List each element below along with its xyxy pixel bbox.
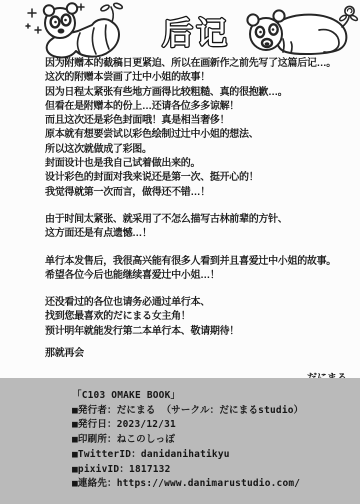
panda-caterpillar-icon xyxy=(20,2,134,60)
afterword-line: 由于时间太紧张、就采用了不怎么描写古林前辈的方针、 xyxy=(45,213,349,227)
colophon-box: 「C103 OMAKE BOOK」 ■発行者：だにまる （サークル：だにまるst… xyxy=(0,378,360,504)
page-title: 后记 xyxy=(150,9,242,55)
afterword-line: 我觉得就第一次而言，做得还不错…！ xyxy=(45,186,349,200)
afterword-line: 单行本发售后，我很高兴能有很多人看到并且喜爱辻中小姐的故事。 xyxy=(45,255,349,269)
afterword-line: 原本就有想要尝试以彩色绘制过辻中小姐的想法、 xyxy=(45,128,349,142)
afterword-body: 因为附赠本的截稿日更紧迫、所以在画新作之前先写了这篇后记…。 这次的附赠本尝画了… xyxy=(45,57,349,384)
afterword-line: 预计明年就能发行第二本单行本、敬请期待！ xyxy=(45,325,349,339)
colophon-entry-contact-url: ■連絡先：https://www.danimarustudio.com/ xyxy=(72,477,360,492)
afterword-page: 后记 xyxy=(0,0,360,504)
afterword-line: 这方面还是有点遗憾…！ xyxy=(45,227,349,241)
page-title-text: 后记 xyxy=(162,16,230,51)
closing-line: 那就再会 xyxy=(45,347,349,361)
colophon-entry-printer: ■印刷所：ねこのしっぽ xyxy=(72,433,360,448)
colophon-entry-publisher: ■発行者：だにまる （サークル：だにまるstudio） xyxy=(72,404,360,419)
afterword-line: 因为日程太紧张有些地方画得比较粗糙、真的很抱歉…。 xyxy=(45,86,349,100)
panda-caterpillar-illustration xyxy=(20,2,134,60)
panda-lying-icon xyxy=(246,5,360,59)
colophon-title: 「C103 OMAKE BOOK」 xyxy=(72,389,360,404)
colophon-entry-pixiv-id: ■pixivID：1817132 xyxy=(72,463,360,478)
afterword-line: 这次的附赠本尝画了辻中小姐的故事！ xyxy=(45,71,349,85)
afterword-line: 因为附赠本的截稿日更紧迫、所以在画新作之前先写了这篇后记…。 xyxy=(45,57,349,71)
afterword-line: 还没看过的各位也请务必通过单行本、 xyxy=(45,296,349,310)
afterword-line: 设计彩色的封面对我来说还是第一次、挺开心的！ xyxy=(45,171,349,185)
afterword-line: 而且这次还是彩色封面哦！真是相当奢侈！ xyxy=(45,114,349,128)
colophon-entry-twitter-id: ■TwitterID：danidanihatikyu xyxy=(72,448,360,463)
afterword-paragraph: 由于时间太紧张、就采用了不怎么描写古林前辈的方针、 这方面还是有点遗憾…！ xyxy=(45,213,349,242)
page-title-bubble-text: 后记 xyxy=(150,9,242,55)
afterword-line: 希望各位今后也能继续喜爱辻中小姐…！ xyxy=(45,269,349,283)
panda-lying-illustration xyxy=(246,5,360,59)
afterword-paragraph: 那就再会 xyxy=(45,347,349,361)
colophon-entry-publish-date: ■発行日：2023/12/31 xyxy=(72,418,360,433)
afterword-paragraph: 单行本发售后，我很高兴能有很多人看到并且喜爱辻中小姐的故事。 希望各位今后也能继… xyxy=(45,255,349,284)
afterword-paragraph: 因为附赠本的截稿日更紧迫、所以在画新作之前先写了这篇后记…。 这次的附赠本尝画了… xyxy=(45,57,349,200)
afterword-paragraph: 还没看过的各位也请务必通过单行本、 找到您最喜欢的だにまる女主角！ 预计明年就能… xyxy=(45,296,349,339)
afterword-line: 所以这次就做成了彩图。 xyxy=(45,143,349,157)
afterword-line: 但看在是附赠本的份上…还请各位多多谅解！ xyxy=(45,100,349,114)
afterword-line: 找到您最喜欢的だにまる女主角！ xyxy=(45,310,349,324)
afterword-line: 封面设计也是我自己试着做出来的。 xyxy=(45,157,349,171)
